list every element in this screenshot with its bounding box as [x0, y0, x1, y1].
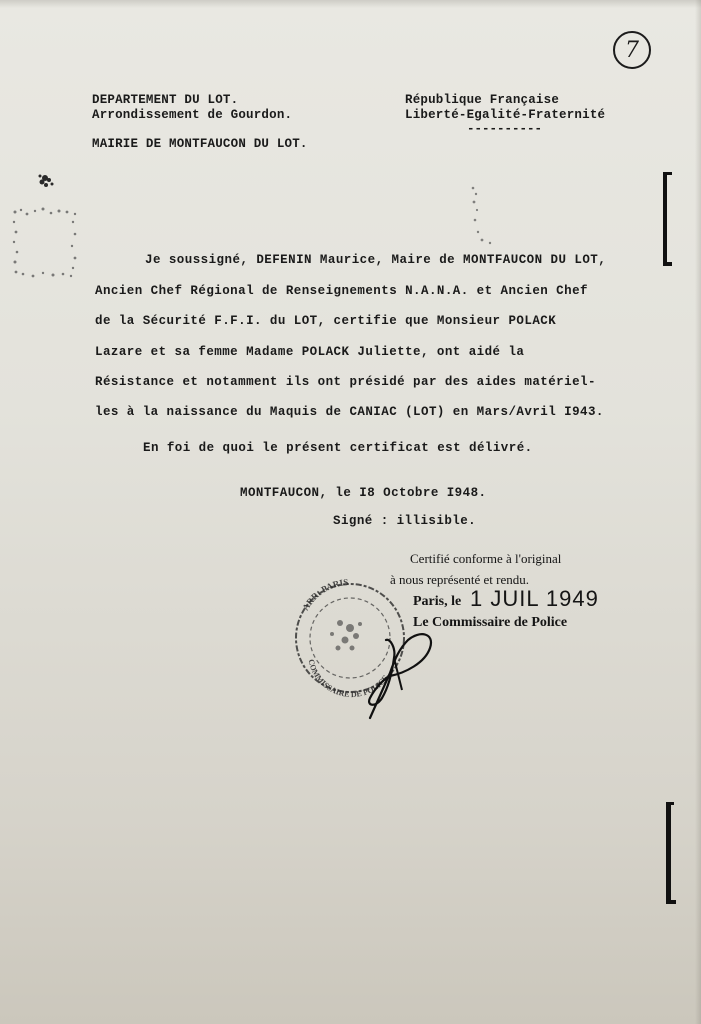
signature-note: Signé : illisible.	[333, 514, 476, 528]
page-number: 7	[613, 31, 651, 69]
margin-bracket-bottom	[664, 800, 680, 908]
page-top-shadow	[0, 0, 701, 8]
svg-text:COMMISSAIRE DE POLICE: COMMISSAIRE DE POLICE	[306, 658, 390, 699]
header-rule: ----------	[467, 122, 542, 136]
body-line-5: Résistance et notamment ils ont présidé …	[95, 375, 596, 389]
body-line-3: de la Sécurité F.F.I. du LOT, certifie q…	[95, 314, 556, 328]
page-right-edge	[695, 0, 701, 1024]
header-mairie: MAIRIE DE MONTFAUCON DU LOT.	[92, 137, 308, 151]
body-line-4: Lazare et sa femme Madame POLACK Juliett…	[95, 345, 524, 359]
punch-hole-marks	[5, 160, 85, 280]
certification-line-1: Certifié conforme à l'original	[410, 551, 561, 567]
header-motto: Liberté-Egalité-Fraternité	[405, 108, 605, 122]
body-line-2: Ancien Chef Régional de Renseignements N…	[95, 284, 588, 298]
speckle-marks	[468, 180, 508, 250]
header-republique: République Française	[405, 93, 559, 107]
body-line-6: les à la naissance du Maquis de CANIAC (…	[95, 405, 604, 419]
police-seal: ARRt PARIS COMMISSAIRE DE POLICE	[290, 578, 440, 748]
svg-text:ARRt PARIS: ARRt PARIS	[300, 578, 348, 612]
header-arrondissement: Arrondissement de Gourdon.	[92, 108, 292, 122]
margin-bracket-top	[660, 170, 676, 270]
place-and-date: MONTFAUCON, le I8 Octobre I948.	[240, 486, 487, 500]
header-department: DEPARTEMENT DU LOT.	[92, 93, 238, 107]
closing-statement: En foi de quoi le présent certificat est…	[143, 441, 533, 455]
certification-date-stamp: 1 JUIL 1949	[470, 586, 599, 612]
body-line-1: Je soussigné, DEFENIN Maurice, Maire de …	[145, 253, 606, 267]
